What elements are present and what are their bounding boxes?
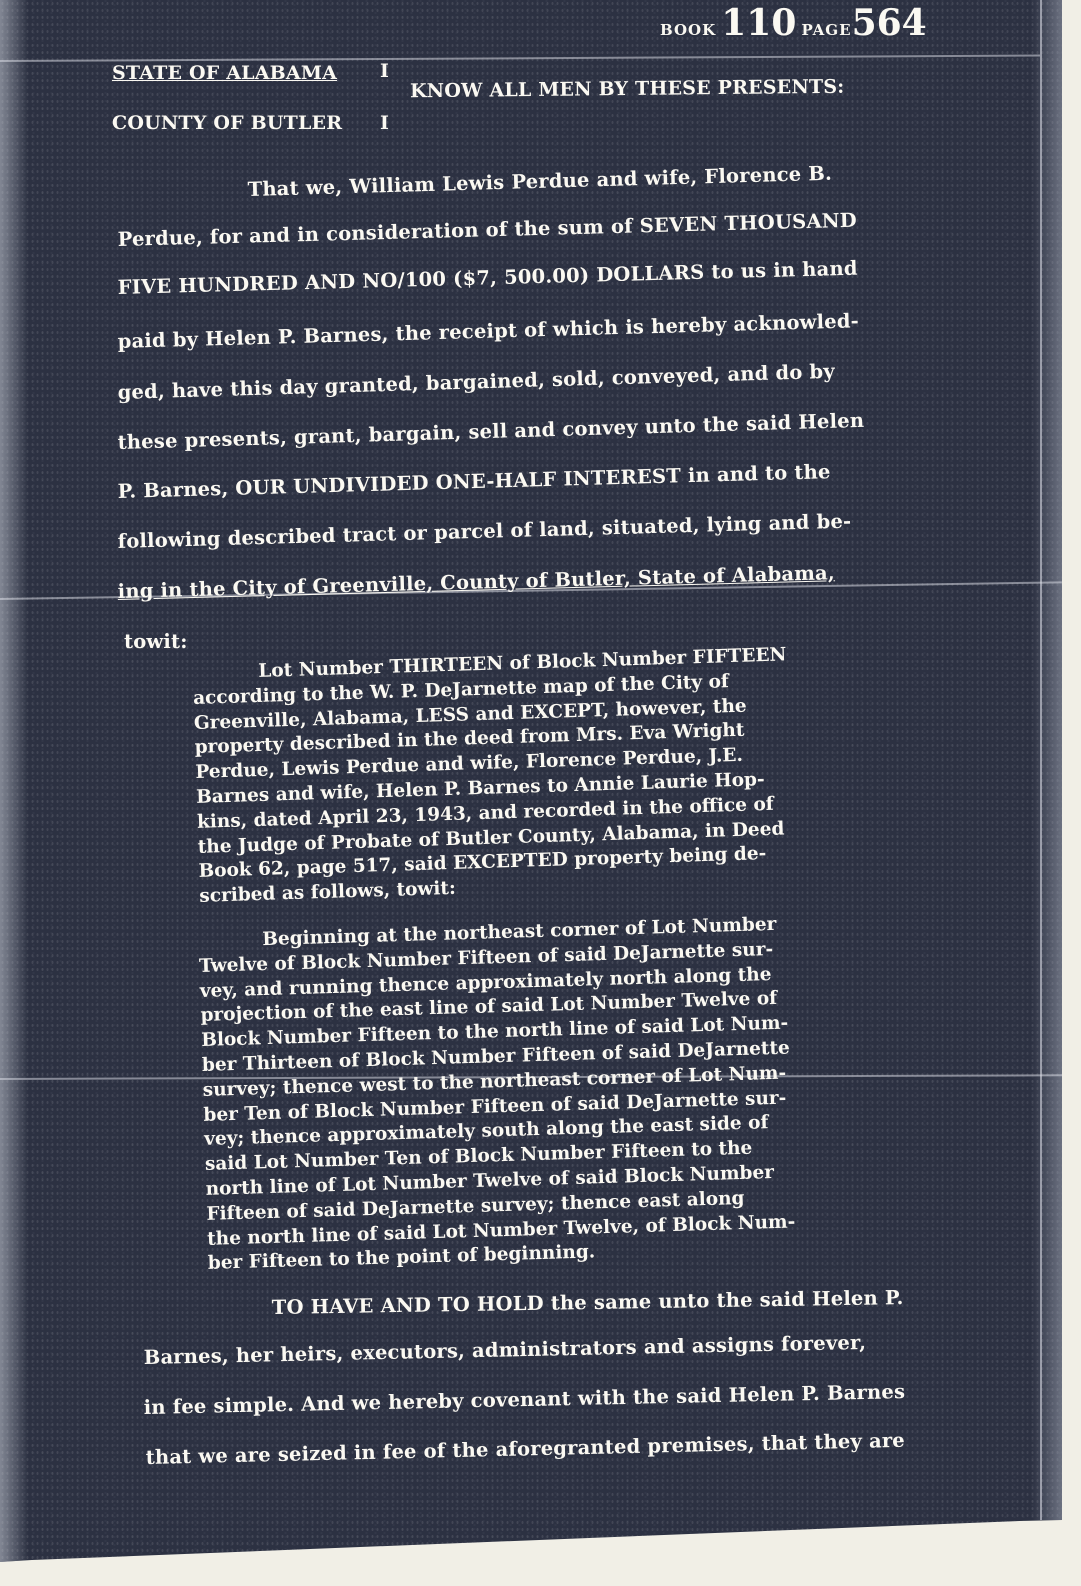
excepted-description: Beginning at the northeast corner of Lot… — [198, 913, 796, 1277]
caption-bracket: I — [380, 60, 389, 82]
left-scan-edge — [0, 0, 28, 1562]
lot-description: Lot Number THIRTEEN of Block Number FIFT… — [192, 643, 794, 910]
book-page-stamp: BOOK 110 PAGE564 — [660, 2, 927, 44]
right-scan-edge — [1032, 0, 1062, 1520]
right-margin-line — [1040, 0, 1042, 1520]
page-label: PAGE — [801, 21, 851, 39]
body-line: towit: — [124, 630, 188, 653]
caption-bracket: I — [380, 112, 389, 134]
document-title: KNOW ALL MEN BY THESE PRESENTS: — [410, 76, 845, 103]
county-caption: COUNTY OF BUTLER — [112, 112, 342, 134]
book-label: BOOK — [660, 21, 716, 39]
scanned-deed-page: BOOK 110 PAGE564 STATE OF ALABAMA I COUN… — [0, 0, 1062, 1586]
page-number: 564 — [852, 2, 927, 44]
book-number: 110 — [721, 2, 796, 44]
state-caption: STATE OF ALABAMA — [112, 62, 337, 84]
